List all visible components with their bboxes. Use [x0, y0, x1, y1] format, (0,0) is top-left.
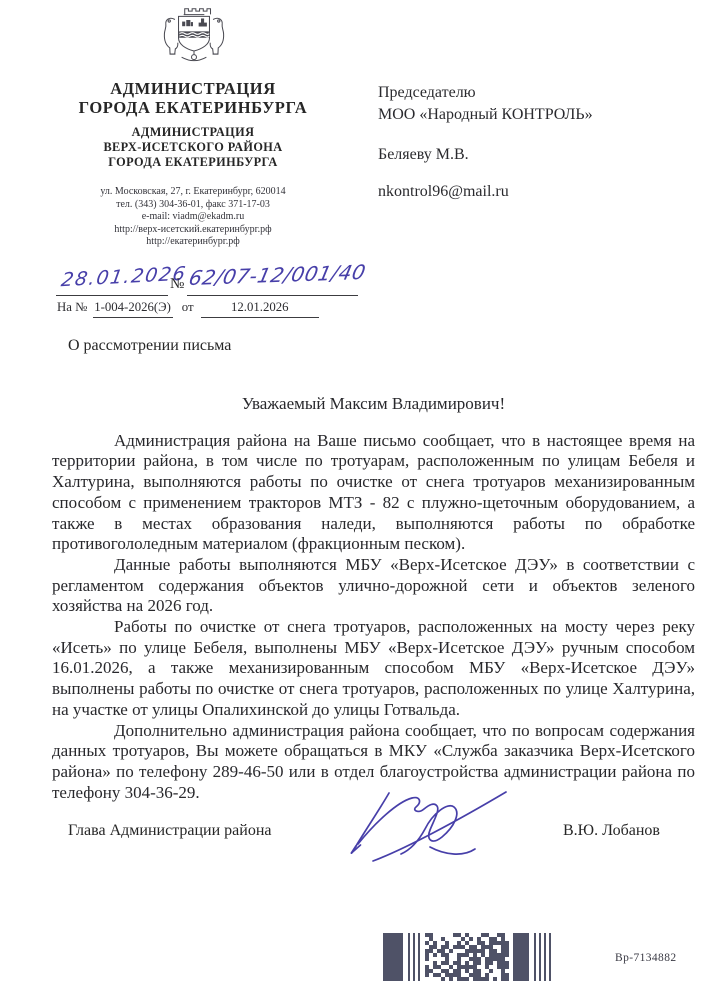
org-district-line: ГОРОДА ЕКАТЕРИНБУРГА	[40, 155, 346, 170]
letterhead-contacts: ул. Московская, 27, г. Екатеринбург, 620…	[40, 186, 346, 249]
barcode-label: Вр-7134882	[615, 952, 677, 964]
website-line: http://верх-исетский.екатеринбург.рф	[40, 224, 346, 237]
org-city-line: ГОРОДА ЕКАТЕРИНБУРГА	[40, 98, 346, 117]
recipient-name: Беляеву М.В.	[378, 146, 469, 164]
incoming-date: 12.01.2026	[201, 300, 319, 318]
barcode-icon	[383, 933, 554, 981]
outgoing-date-handwritten: 28.01.2026	[60, 263, 189, 291]
org-city-line: АДМИНИСТРАЦИЯ	[40, 79, 346, 98]
number-underline	[187, 295, 358, 296]
signer-name: В.Ю. Лобанов	[563, 822, 660, 840]
signature-icon	[325, 785, 520, 870]
scanned-letter-page: АДМИНИСТРАЦИЯ ГОРОДА ЕКАТЕРИНБУРГА АДМИН…	[0, 0, 710, 998]
recipient-title: Председателю	[378, 84, 476, 102]
recipient-org: МОО «Народный КОНТРОЛЬ»	[378, 106, 593, 124]
body-paragraph: Данные работы выполняются МБУ «Верх-Исет…	[52, 555, 695, 617]
salutation: Уважаемый Максим Владимирович!	[52, 394, 695, 415]
website-line: http://екатеринбург.рф	[40, 236, 346, 249]
date-underline	[56, 295, 168, 296]
coat-of-arms-icon	[161, 5, 227, 67]
incoming-reference-row: На № 1-004-2026(Э) от 12.01.2026	[57, 300, 319, 318]
reply-prefix: На №	[57, 300, 87, 315]
body-paragraph: Работы по очистке от снега тротуаров, ра…	[52, 617, 695, 721]
recipient-email: nkontrol96@mail.ru	[378, 183, 509, 201]
phone-line: тел. (343) 304-36-01, факс 371-17-03	[40, 199, 346, 212]
org-district-line: ВЕРХ-ИСЕТСКОГО РАЙОНА	[40, 140, 346, 155]
letter-body: Уважаемый Максим Владимирович! Администр…	[52, 394, 695, 803]
from-label: от	[182, 300, 194, 315]
org-district-block: АДМИНИСТРАЦИЯ ВЕРХ-ИСЕТСКОГО РАЙОНА ГОРО…	[40, 125, 346, 170]
body-paragraph: Администрация района на Ваше письмо сооб…	[52, 431, 695, 555]
incoming-number: 1-004-2026(Э)	[93, 300, 173, 318]
subject-line: О рассмотрении письма	[68, 337, 231, 355]
email-line: e-mail: viadm@ekadm.ru	[40, 211, 346, 224]
outgoing-number-handwritten: 62/07-12/001/40	[187, 260, 368, 290]
number-sign: №	[170, 276, 184, 293]
org-district-line: АДМИНИСТРАЦИЯ	[40, 125, 346, 140]
address-line: ул. Московская, 27, г. Екатеринбург, 620…	[40, 186, 346, 199]
signer-position: Глава Администрации района	[68, 822, 272, 840]
letterhead-org-block: АДМИНИСТРАЦИЯ ГОРОДА ЕКАТЕРИНБУРГА АДМИН…	[40, 79, 346, 170]
